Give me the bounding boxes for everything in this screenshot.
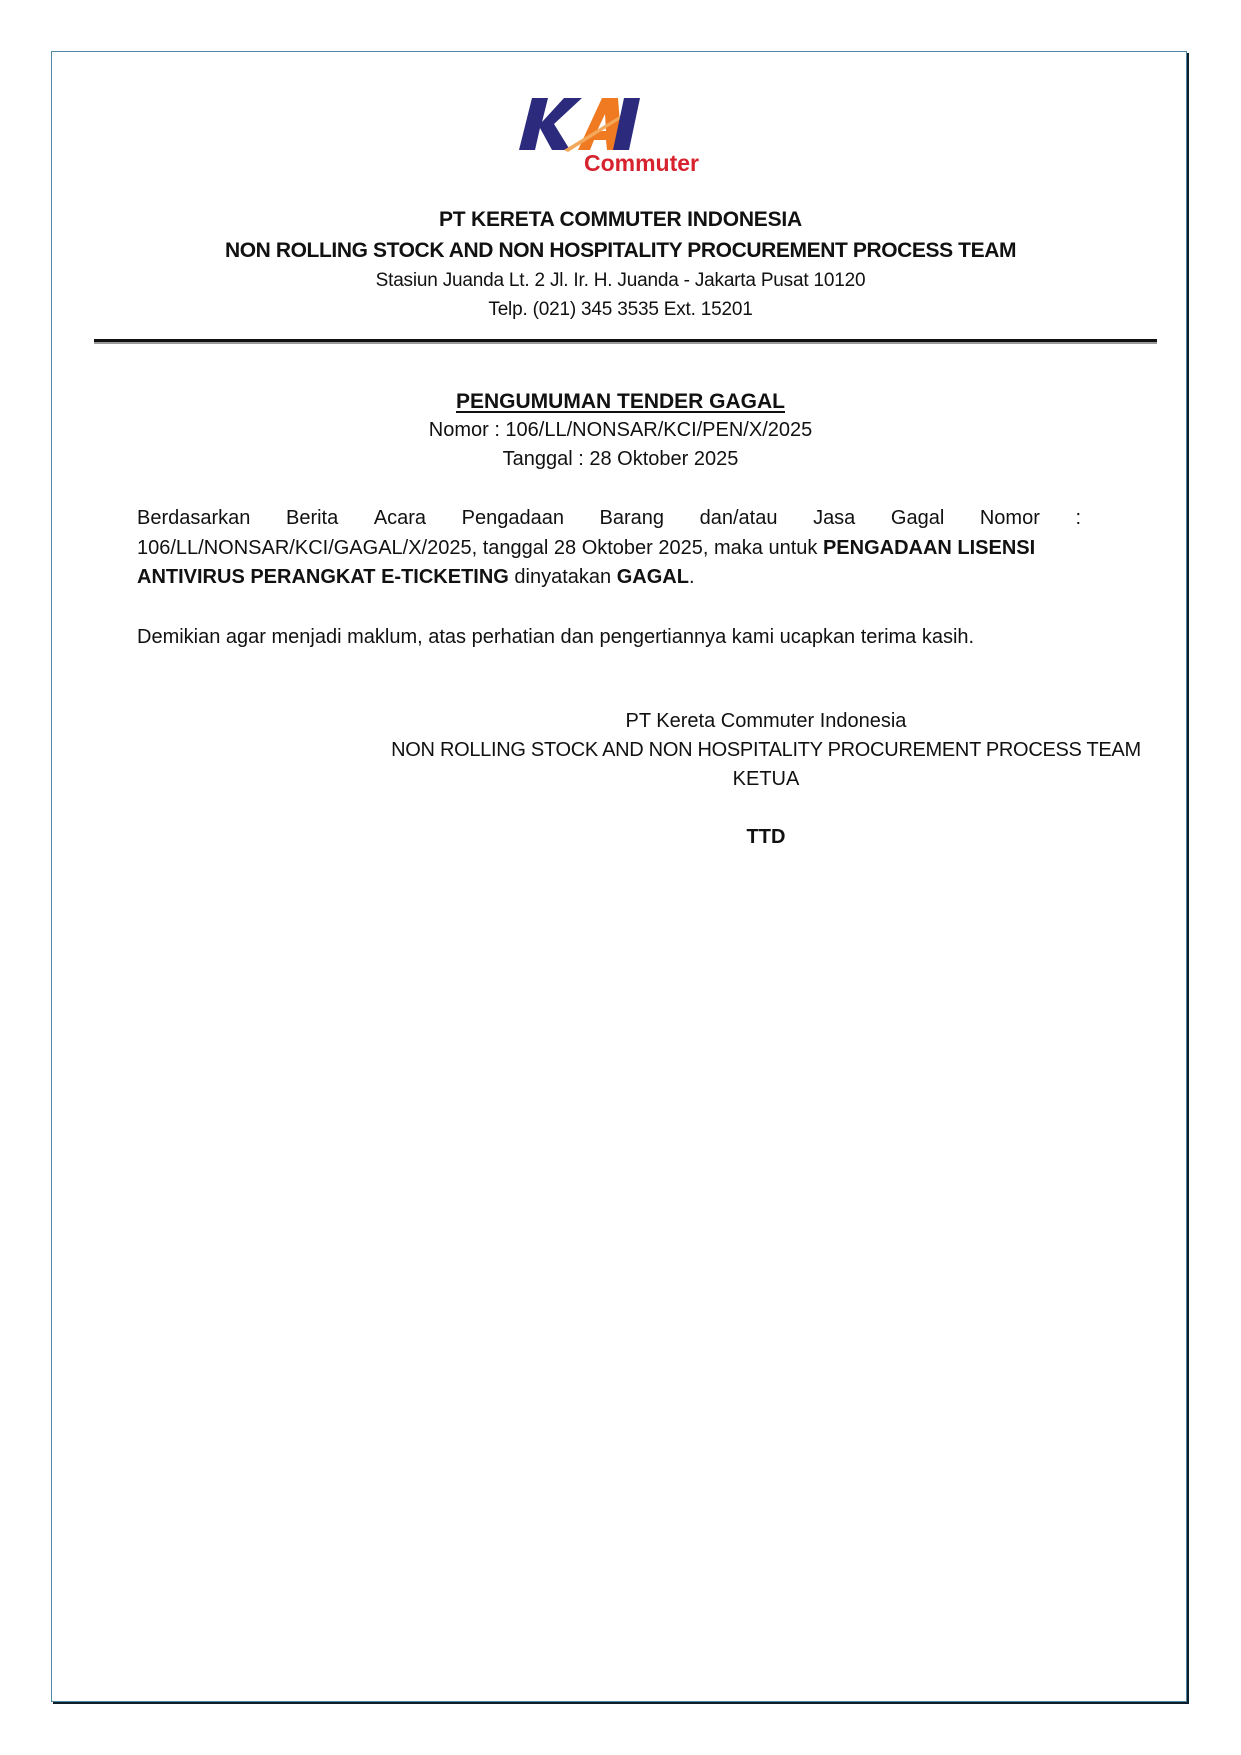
word: Berita bbox=[286, 504, 338, 534]
header-team-name: NON ROLLING STOCK AND NON HOSPITALITY PR… bbox=[0, 239, 1241, 263]
paragraph-line-1: BerdasarkanBeritaAcaraPengadaanBarangdan… bbox=[137, 504, 1081, 534]
kai-commuter-logo: Commuter bbox=[518, 92, 723, 174]
announcement-number: Nomor : 106/LL/NONSAR/KCI/PEN/X/2025 bbox=[0, 419, 1241, 442]
header-separator bbox=[94, 339, 1157, 344]
announcement-date: Tanggal : 28 Oktober 2025 bbox=[0, 448, 1241, 471]
word: Jasa bbox=[813, 504, 855, 534]
word: Nomor bbox=[980, 504, 1040, 534]
line-3-text: dinyatakan bbox=[509, 566, 617, 588]
signature-team: NON ROLLING STOCK AND NON HOSPITALITY PR… bbox=[386, 739, 1146, 762]
word: Acara bbox=[374, 504, 426, 534]
word: dan/atau bbox=[700, 504, 778, 534]
procurement-name-part-1: PENGADAAN LISENSI bbox=[823, 537, 1035, 559]
word: Pengadaan bbox=[462, 504, 564, 534]
signature-company: PT Kereta Commuter Indonesia bbox=[386, 710, 1146, 733]
header-company-name: PT KERETA COMMUTER INDONESIA bbox=[0, 208, 1241, 232]
signature-role: KETUA bbox=[386, 768, 1146, 791]
svg-text:Commuter: Commuter bbox=[584, 150, 699, 174]
word: Gagal bbox=[891, 504, 944, 534]
procurement-name-part-2: ANTIVIRUS PERANGKAT E-TICKETING bbox=[137, 566, 509, 588]
announcement-title-text: PENGUMUMAN TENDER GAGAL bbox=[456, 390, 785, 413]
word: Barang bbox=[600, 504, 665, 534]
status-gagal: GAGAL bbox=[617, 566, 689, 588]
word: Berdasarkan bbox=[137, 504, 250, 534]
paragraph-line-2: 106/LL/NONSAR/KCI/GAGAL/X/2025, tanggal … bbox=[137, 534, 1081, 564]
body-paragraph-2: Demikian agar menjadi maklum, atas perha… bbox=[137, 623, 1081, 653]
body-paragraph-1: BerdasarkanBeritaAcaraPengadaanBarangdan… bbox=[137, 504, 1081, 593]
signature-ttd: TTD bbox=[386, 826, 1146, 849]
announcement-title: PENGUMUMAN TENDER GAGAL bbox=[0, 390, 1241, 414]
kai-logo-icon: Commuter bbox=[518, 92, 723, 174]
line-3-tail: . bbox=[689, 566, 695, 588]
header-address: Stasiun Juanda Lt. 2 Jl. Ir. H. Juanda -… bbox=[0, 270, 1241, 292]
paragraph-line-3: ANTIVIRUS PERANGKAT E-TICKETING dinyatak… bbox=[137, 563, 1081, 593]
header-phone: Telp. (021) 345 3535 Ext. 15201 bbox=[0, 299, 1241, 321]
line-2-text: 106/LL/NONSAR/KCI/GAGAL/X/2025, tanggal … bbox=[137, 537, 823, 559]
word: : bbox=[1075, 504, 1081, 534]
